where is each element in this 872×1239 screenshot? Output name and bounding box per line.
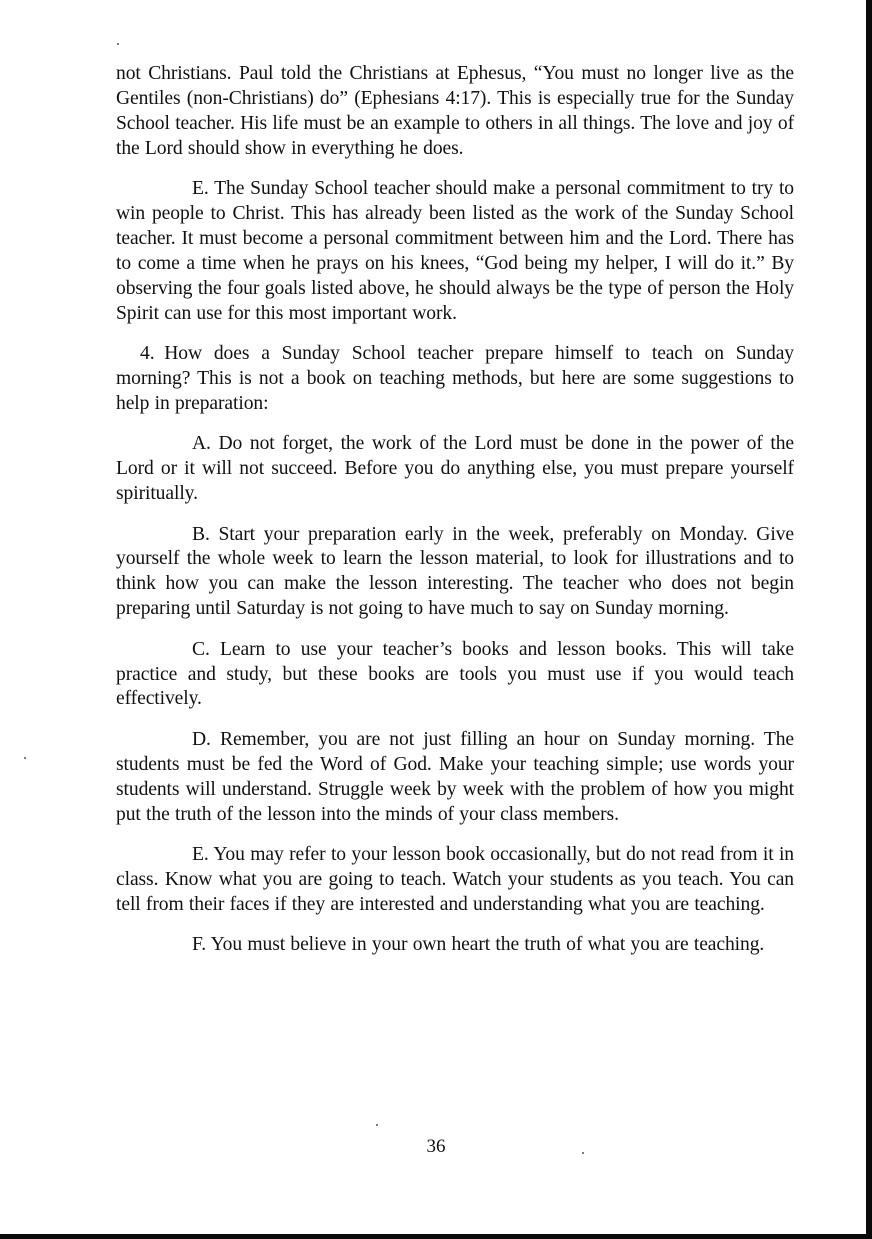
paragraph-point-a: A. Do not forget, the work of the Lord m…: [116, 432, 794, 507]
paragraph-point-b: B. Start your preparation early in the w…: [116, 523, 794, 623]
scan-border-right: [866, 0, 872, 1239]
scan-speck: [24, 757, 26, 759]
scanned-book-page: not Christians. Paul told the Christians…: [0, 0, 872, 1239]
paragraph-point-f: F. You must believe in your own heart th…: [116, 933, 794, 958]
paragraph-point-d: D. Remember, you are not just filling an…: [116, 728, 794, 828]
scan-speck: [376, 1124, 378, 1126]
scan-border-bottom: [0, 1234, 872, 1239]
paragraph-point-e-commitment: E. The Sunday School teacher should make…: [116, 177, 794, 326]
paragraph-point-e-lesson-book: E. You may refer to your lesson book occ…: [116, 843, 794, 918]
page-number: 36: [0, 1136, 872, 1158]
scan-speck: [117, 43, 119, 45]
paragraph-point-c: C. Learn to use your teacher’s books and…: [116, 638, 794, 713]
paragraph-question-4: 4. How does a Sunday School teacher prep…: [116, 342, 794, 417]
paragraph-continuation: not Christians. Paul told the Christians…: [116, 62, 794, 162]
body-text: not Christians. Paul told the Christians…: [116, 62, 794, 974]
